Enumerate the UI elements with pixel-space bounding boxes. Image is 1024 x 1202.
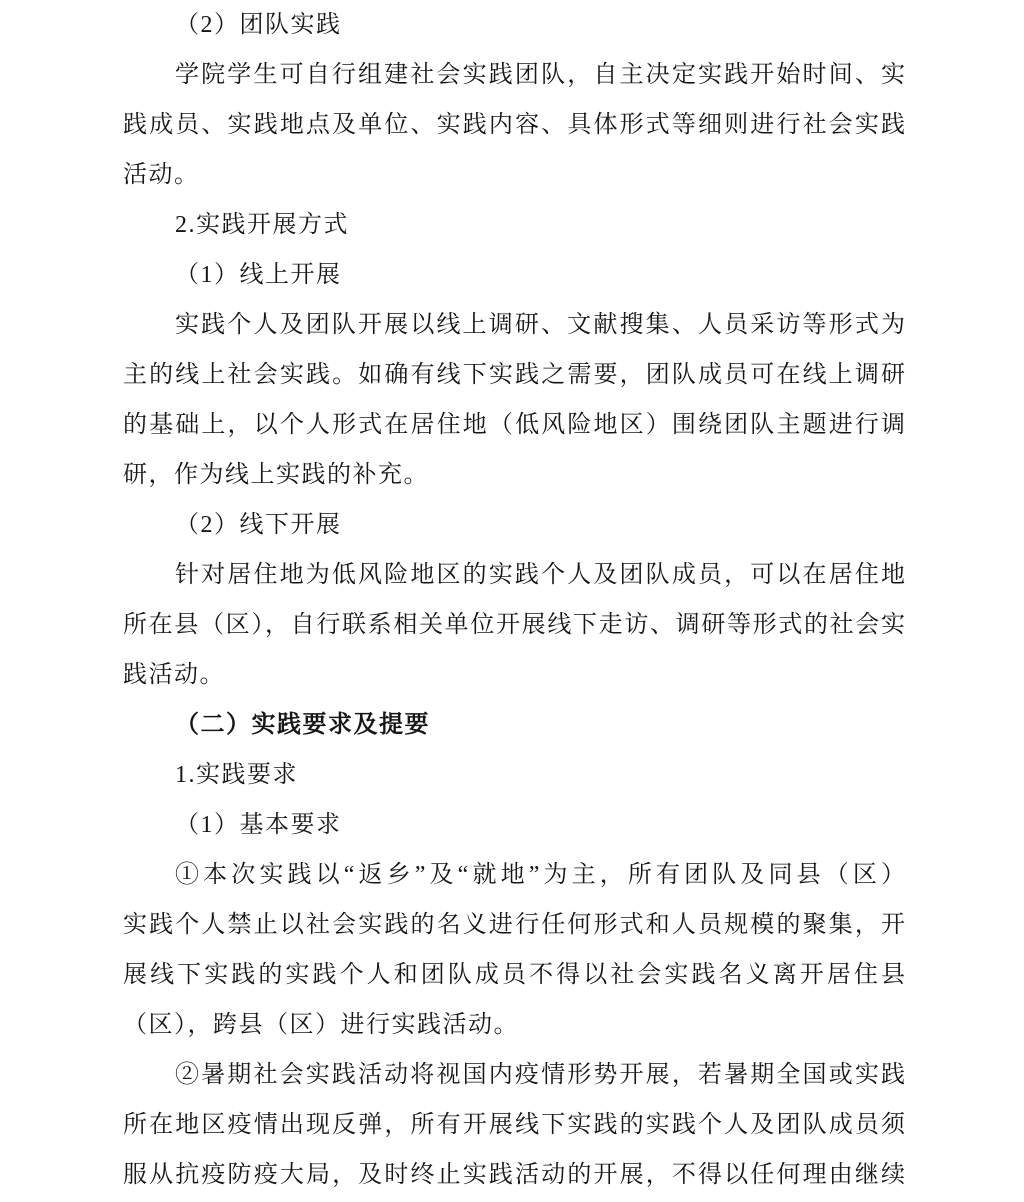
document-line: 践成员、实践地点及单位、实践内容、具体形式等细则进行社会实践 [123,100,905,150]
document-line: （区），跨县（区）进行实践活动。 [123,1000,905,1050]
document-line: ②暑期社会实践活动将视国内疫情形势开展，若暑期全国或实践 [123,1050,905,1100]
document-line: 活动。 [123,150,905,200]
document-line: 2.实践开展方式 [123,200,905,250]
document-line: （1）线上开展 [123,250,905,300]
document-line: 1.实践要求 [123,750,905,800]
document-line: 的基础上，以个人形式在居住地（低风险地区）围绕团队主题进行调 [123,400,905,450]
document-line: （2）团队实践 [123,0,905,50]
document-line: （1）基本要求 [123,800,905,850]
document-line: 研，作为线上实践的补充。 [123,450,905,500]
document-line: 所在县（区），自行联系相关单位开展线下走访、调研等形式的社会实 [123,600,905,650]
document-line: 实践个人禁止以社会实践的名义进行任何形式和人员规模的聚集，开 [123,900,905,950]
document-line: 践活动。 [123,650,905,700]
document-line: 学院学生可自行组建社会实践团队，自主决定实践开始时间、实 [123,50,905,100]
document-line: 所在地区疫情出现反弹，所有开展线下实践的实践个人及团队成员须 [123,1100,905,1150]
document-line: 展线下实践的实践个人和团队成员不得以社会实践名义离开居住县 [123,950,905,1000]
document-line: （2）线下开展 [123,500,905,550]
document-line: 实践个人及团队开展以线上调研、文献搜集、人员采访等形式为 [123,300,905,350]
document-line: ①本次实践以“返乡”及“就地”为主，所有团队及同县（区） [123,850,905,900]
document-line: 针对居住地为低风险地区的实践个人及团队成员，可以在居住地 [123,550,905,600]
document-line: （二）实践要求及提要 [123,700,905,750]
document-line: 服从抗疫防疫大局，及时终止实践活动的开展，不得以任何理由继续 [123,1150,905,1200]
document-page: （2）团队实践学院学生可自行组建社会实践团队，自主决定实践开始时间、实践成员、实… [123,0,905,1200]
document-line: 主的线上社会实践。如确有线下实践之需要，团队成员可在线上调研 [123,350,905,400]
